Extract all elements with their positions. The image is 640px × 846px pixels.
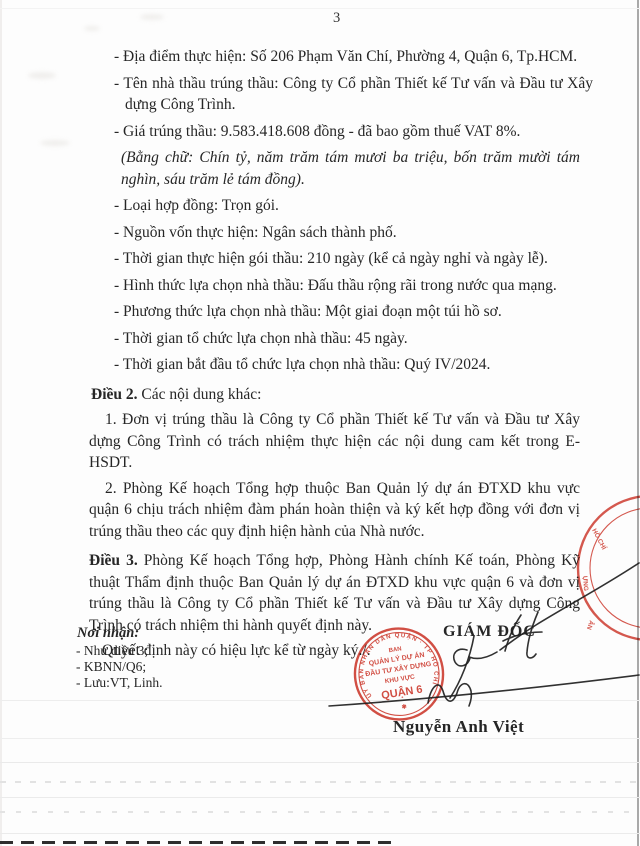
scanned-document-page: { "page_number": "3", "colors": { "stamp… (0, 0, 640, 846)
handwritten-signature (0, 0, 640, 846)
